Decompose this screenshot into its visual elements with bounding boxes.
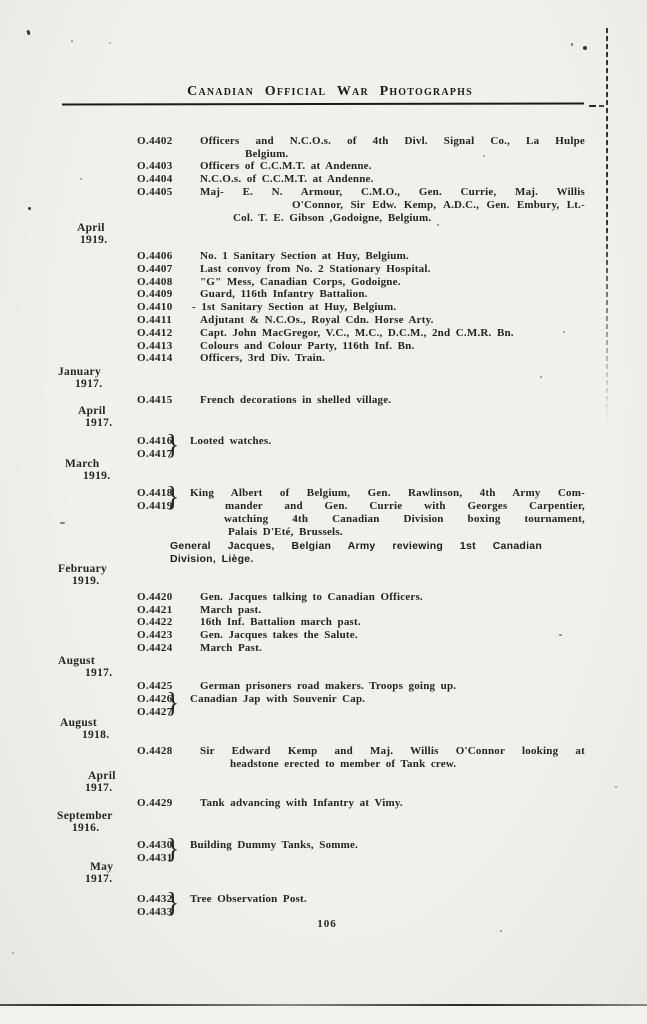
entry-description-line: Colours and Colour Party, 116th Inf. Bn. <box>200 340 585 353</box>
scan-speck <box>483 155 485 157</box>
photo-ref-number: O.4413 <box>137 340 173 353</box>
entry-description: March Past. <box>200 642 585 655</box>
photo-ref-number: O.4405 <box>137 186 173 199</box>
page-number: 106 <box>0 918 647 930</box>
ref-number-column: O.4424 <box>137 642 173 655</box>
entry-description: Adjutant & N.C.Os., Royal Cdn. Horse Art… <box>200 314 585 327</box>
scan-speck <box>12 952 14 954</box>
photo-ref-number: O.4414 <box>137 352 173 365</box>
catalog-entry: O.4409Guard, 116th Infantry Battalion. <box>137 288 585 301</box>
entry-description-line: Gen. Jacques talking to Canadian Officer… <box>200 591 585 604</box>
entry-description-line: watching 4th Canadian Division boxing to… <box>224 513 585 526</box>
entry-description-line: No. 1 Sanitary Section at Huy, Belgium. <box>200 250 585 263</box>
month-label: August <box>58 655 112 667</box>
photo-ref-number: O.4406 <box>137 250 173 263</box>
entry-description-line: Officers of C.C.M.T. at Andenne. <box>200 160 585 173</box>
ref-number-column: O.4422 <box>137 616 173 629</box>
margin-date: January1917. <box>58 366 102 391</box>
entry-description: Last convoy from No. 2 Stationary Hospit… <box>200 263 585 276</box>
margin-date: August1918. <box>60 717 109 742</box>
catalog-entry: O.4432O.4433}Tree Observation Post. <box>137 893 585 906</box>
ref-number-column: O.4414 <box>137 352 173 365</box>
month-label: February <box>58 563 107 575</box>
catalog-entry: O.4411Adjutant & N.C.Os., Royal Cdn. Hor… <box>137 314 585 327</box>
photo-ref-number: O.4402 <box>137 135 173 148</box>
ref-number-column: O.4429 <box>137 797 173 810</box>
margin-date: May1917. <box>90 861 113 886</box>
photo-ref-number: O.4403 <box>137 160 173 173</box>
ref-number-column: O.4407 <box>137 263 173 276</box>
margin-date: April1919. <box>77 222 107 247</box>
ref-number-column: O.4403 <box>137 160 173 173</box>
margin-date: August1917. <box>58 655 112 680</box>
scan-speck <box>615 786 617 788</box>
entry-description: - 1st Sanitary Section at Huy, Belgium. <box>200 301 585 314</box>
ref-number-column: O.4405 <box>137 186 173 199</box>
entry-description: No. 1 Sanitary Section at Huy, Belgium. <box>200 250 585 263</box>
year-label: 1917. <box>85 417 112 429</box>
ref-number-column: O.4415 <box>137 394 173 407</box>
entry-description-line: "G" Mess, Canadian Corps, Godoigne. <box>200 276 585 289</box>
entry-description: Officers and N.C.O.s. of 4th Divl. Signa… <box>200 135 585 161</box>
entry-description: Sir Edward Kemp and Maj. Willis O'Connor… <box>200 745 585 771</box>
scan-speck <box>71 40 73 42</box>
entry-description-line: Building Dummy Tanks, Somme. <box>190 839 585 852</box>
entry-description: Officers of C.C.M.T. at Andenne. <box>200 160 585 173</box>
catalog-entry: O.4413Colours and Colour Party, 116th In… <box>137 340 585 353</box>
entry-description-line: March Past. <box>200 642 585 655</box>
year-label: 1917. <box>85 667 112 679</box>
photo-ref-number: O.4409 <box>137 288 173 301</box>
entry-description: March past. <box>200 604 585 617</box>
entry-description-line: Adjutant & N.C.Os., Royal Cdn. Horse Art… <box>200 314 585 327</box>
year-label: 1918. <box>82 729 109 741</box>
header-rule-dash <box>589 105 596 107</box>
catalog-entry: O.4423Gen. Jacques takes the Salute. <box>137 629 585 642</box>
scan-speck <box>28 207 31 210</box>
entry-description-line: headstone erected to member of Tank crew… <box>230 758 585 771</box>
catalog-entry: O.4402Officers and N.C.O.s. of 4th Divl.… <box>137 135 585 161</box>
entry-description: King Albert of Belgium, Gen. Rawlinson, … <box>190 487 585 539</box>
catalog-entry: O.4408"G" Mess, Canadian Corps, Godoigne… <box>137 276 585 289</box>
entry-description-line: German prisoners road makers. Troops goi… <box>200 680 585 693</box>
entry-description-line: Maj- E. N. Armour, C.M.O., Gen. Currie, … <box>200 186 585 199</box>
month-label: May <box>90 861 113 873</box>
scan-speck <box>80 178 82 180</box>
year-label: 1919. <box>83 470 110 482</box>
catalog-entry: O.4429Tank advancing with Infantry at Vi… <box>137 797 585 810</box>
catalog-entry: O.4410- 1st Sanitary Section at Huy, Bel… <box>137 301 585 314</box>
ref-number-column: O.4406 <box>137 250 173 263</box>
entry-description: N.C.O.s. of C.C.M.T. at Andenne. <box>200 173 585 186</box>
catalog-entry: O.4418O.4419}King Albert of Belgium, Gen… <box>137 487 585 566</box>
entry-description: Guard, 116th Infantry Battalion. <box>200 288 585 301</box>
entry-description: Officers, 3rd Div. Train. <box>200 352 585 365</box>
entry-description: Maj- E. N. Armour, C.M.O., Gen. Currie, … <box>200 186 585 225</box>
entry-note-line: General Jacques, Belgian Army reviewing … <box>170 540 542 553</box>
scan-speck <box>437 224 439 226</box>
photo-ref-number: O.4424 <box>137 642 173 655</box>
catalog-entry: O.4406No. 1 Sanitary Section at Huy, Bel… <box>137 250 585 263</box>
entry-description-line: King Albert of Belgium, Gen. Rawlinson, … <box>190 487 585 500</box>
photo-ref-number: O.4407 <box>137 263 173 276</box>
scan-speck <box>500 930 502 932</box>
entry-description-line: Officers and N.C.O.s. of 4th Divl. Signa… <box>200 135 585 148</box>
header-rule-dash <box>599 105 604 107</box>
entry-description-line: Looted watches. <box>190 435 585 448</box>
entry-description-line: N.C.O.s. of C.C.M.T. at Andenne. <box>200 173 585 186</box>
photo-ref-number: O.4428 <box>137 745 173 758</box>
catalog-entry: O.4403Officers of C.C.M.T. at Andenne. <box>137 160 585 173</box>
month-label: January <box>58 366 102 378</box>
ref-number-column: O.4423 <box>137 629 173 642</box>
scan-speck <box>109 42 111 44</box>
month-label: September <box>57 810 113 822</box>
entry-description: French decorations in shelled village. <box>200 394 585 407</box>
entry-description: Capt. John MacGregor, V.C., M.C., D.C.M.… <box>200 327 585 340</box>
entry-description-line: Gen. Jacques takes the Salute. <box>200 629 585 642</box>
entry-description-line: Palais D'Eté, Brussels. <box>228 526 585 539</box>
ref-number-column: O.4408 <box>137 276 173 289</box>
month-label: April <box>77 222 107 234</box>
ref-number-column: O.4409 <box>137 288 173 301</box>
ref-number-column: O.4413 <box>137 340 173 353</box>
entry-description-line: - 1st Sanitary Section at Huy, Belgium. <box>192 301 585 314</box>
margin-date: April1917. <box>78 405 112 430</box>
entry-description-line: mander and Gen. Currie with Georges Carp… <box>225 500 585 513</box>
entry-description-line: French decorations in shelled village. <box>200 394 585 407</box>
ref-number-column: O.4428 <box>137 745 173 758</box>
entry-description-line: Col. T. E. Gibson ,Godoigne, Belgium. <box>233 212 585 225</box>
scan-speck <box>571 43 573 46</box>
entry-note-line: Division, Liège. <box>170 553 542 566</box>
catalog-entry: O.4430O.4431}Building Dummy Tanks, Somme… <box>137 839 585 852</box>
ref-number-column: O.4402 <box>137 135 173 148</box>
margin-date: March1919. <box>65 458 110 483</box>
entry-description-line: Sir Edward Kemp and Maj. Willis O'Connor… <box>200 745 585 758</box>
ref-number-column: O.4420 <box>137 591 173 604</box>
year-label: 1917. <box>85 873 113 885</box>
catalog-entry: O.442216th Inf. Battalion march past. <box>137 616 585 629</box>
ref-number-column: O.4410 <box>137 301 173 314</box>
photo-ref-number: O.4408 <box>137 276 173 289</box>
entry-description-line: Tank advancing with Infantry at Vimy. <box>200 797 585 810</box>
margin-date: April1917. <box>88 770 116 795</box>
year-label: 1919. <box>80 234 107 246</box>
entry-description: Colours and Colour Party, 116th Inf. Bn. <box>200 340 585 353</box>
entry-description-line: O'Connor, Sir Edw. Kemp, A.D.C., Gen. Em… <box>292 199 585 212</box>
entry-description: Tree Observation Post. <box>190 893 585 906</box>
photo-ref-number: O.4423 <box>137 629 173 642</box>
brace-icon: } <box>166 484 180 513</box>
entry-description-line: 16th Inf. Battalion march past. <box>200 616 585 629</box>
photo-ref-number: O.4415 <box>137 394 173 407</box>
entry-description: Canadian Jap with Souvenir Cap. <box>190 693 585 706</box>
catalog-entry: O.4405Maj- E. N. Armour, C.M.O., Gen. Cu… <box>137 186 585 225</box>
scan-speck <box>563 331 565 333</box>
photo-ref-number: O.4412 <box>137 327 173 340</box>
ref-number-column: O.4404 <box>137 173 173 186</box>
entry-description-line: March past. <box>200 604 585 617</box>
ref-number-column: O.4421 <box>137 604 173 617</box>
entry-description: Tank advancing with Infantry at Vimy. <box>200 797 585 810</box>
entry-description-line: Canadian Jap with Souvenir Cap. <box>190 693 585 706</box>
photo-ref-number: O.4410 <box>137 301 173 314</box>
catalog-entry: O.4415French decorations in shelled vill… <box>137 394 585 407</box>
scan-speck <box>559 634 562 636</box>
entry-description-line: Guard, 116th Infantry Battalion. <box>200 288 585 301</box>
year-label: 1917. <box>85 782 116 794</box>
catalog-entry: O.4407Last convoy from No. 2 Stationary … <box>137 263 585 276</box>
catalog-entry: O.4420Gen. Jacques talking to Canadian O… <box>137 591 585 604</box>
catalog-entry: O.4424March Past. <box>137 642 585 655</box>
photo-ref-number: O.4420 <box>137 591 173 604</box>
catalog-entry: O.4416O.4417}Looted watches. <box>137 435 585 448</box>
entry-description-line: Last convoy from No. 2 Stationary Hospit… <box>200 263 585 276</box>
entry-description: "G" Mess, Canadian Corps, Godoigne. <box>200 276 585 289</box>
catalog-entry: O.4404N.C.O.s. of C.C.M.T. at Andenne. <box>137 173 585 186</box>
ref-number-column: O.4411 <box>137 314 172 327</box>
scan-speck <box>60 522 65 524</box>
scan-speck <box>540 376 542 378</box>
catalog-entry: O.4412Capt. John MacGregor, V.C., M.C., … <box>137 327 585 340</box>
brace-icon: } <box>166 432 180 461</box>
catalog-entry: O.4426O.4427}Canadian Jap with Souvenir … <box>137 693 585 706</box>
year-label: 1917. <box>75 378 102 390</box>
catalog-entry: O.4428Sir Edward Kemp and Maj. Willis O'… <box>137 745 585 771</box>
brace-icon: } <box>166 890 180 919</box>
scan-margin-below-edge <box>0 1006 647 1024</box>
entry-description: 16th Inf. Battalion march past. <box>200 616 585 629</box>
month-label: March <box>65 458 110 470</box>
entry-description-line: Capt. John MacGregor, V.C., M.C., D.C.M.… <box>200 327 585 340</box>
month-label: August <box>60 717 109 729</box>
entry-description: Gen. Jacques takes the Salute. <box>200 629 585 642</box>
entry-description-line: Officers, 3rd Div. Train. <box>200 352 585 365</box>
brace-icon: } <box>166 690 180 719</box>
catalog-entry: O.4425German prisoners road makers. Troo… <box>137 680 585 693</box>
entry-description: Building Dummy Tanks, Somme. <box>190 839 585 852</box>
entry-description: German prisoners road makers. Troops goi… <box>200 680 585 693</box>
year-label: 1919. <box>72 575 107 587</box>
margin-date: February1919. <box>58 563 107 588</box>
catalog-entry: O.4421March past. <box>137 604 585 617</box>
scan-edge-line-right <box>606 28 608 430</box>
photo-ref-number: O.4429 <box>137 797 173 810</box>
month-label: April <box>78 405 112 417</box>
entry-description-line: Belgium. <box>245 148 585 161</box>
page-header-title: Canadian Official War Photographs <box>0 84 647 100</box>
entry-description-line: Tree Observation Post. <box>190 893 585 906</box>
photo-ref-number: O.4421 <box>137 604 173 617</box>
month-label: April <box>88 770 116 782</box>
catalog-entry: O.4414Officers, 3rd Div. Train. <box>137 352 585 365</box>
margin-date: September1916. <box>57 810 113 835</box>
entry-description: Looted watches. <box>190 435 585 448</box>
photo-ref-number: O.4404 <box>137 173 173 186</box>
entry-note: General Jacques, Belgian Army reviewing … <box>170 540 542 566</box>
scan-speck <box>583 46 587 50</box>
photo-ref-number: O.4411 <box>137 314 172 327</box>
brace-icon: } <box>166 836 180 865</box>
entry-description: Gen. Jacques talking to Canadian Officer… <box>200 591 585 604</box>
photo-ref-number: O.4422 <box>137 616 173 629</box>
ref-number-column: O.4412 <box>137 327 173 340</box>
year-label: 1916. <box>72 822 113 834</box>
